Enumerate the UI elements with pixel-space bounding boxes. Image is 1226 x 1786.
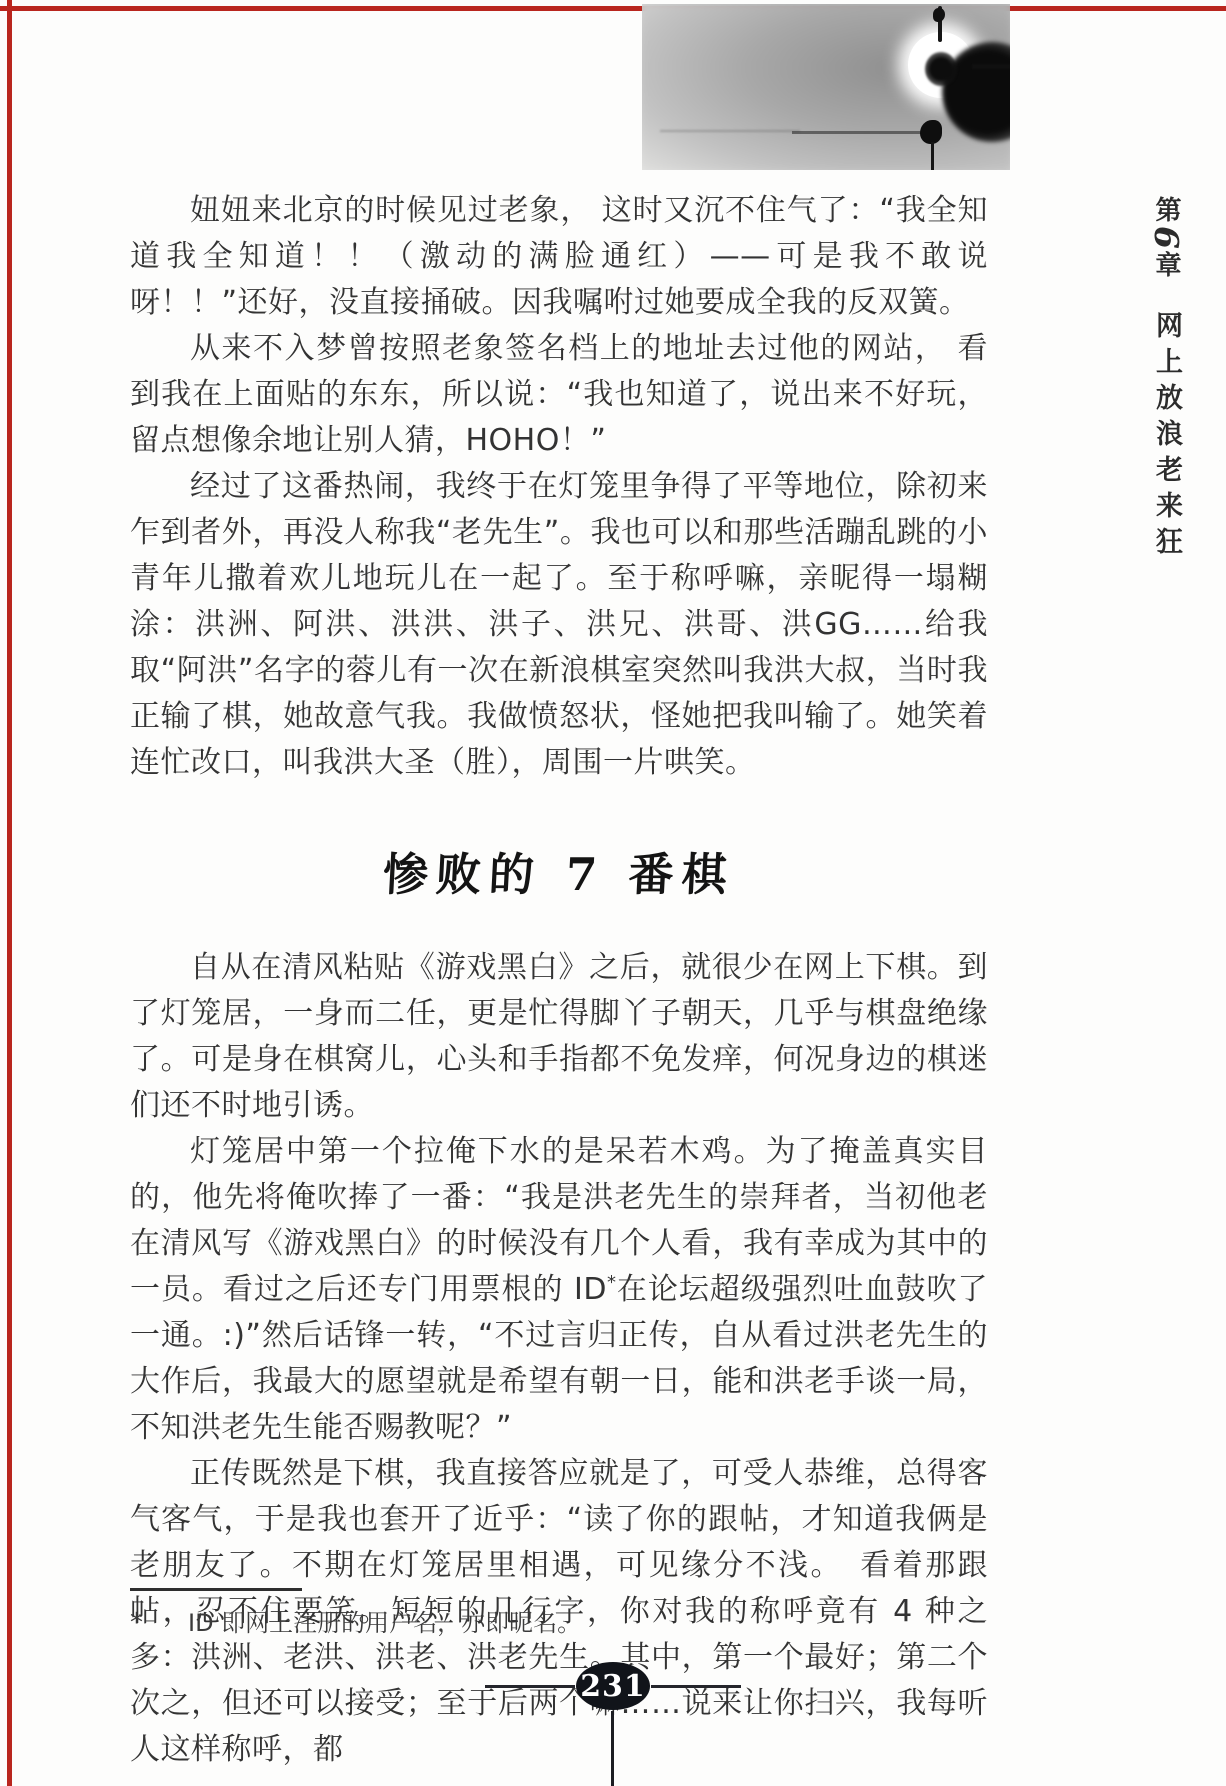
body-paragraph-3: 经过了这番热闹，我终于在灯笼里争得了平等地位，除初来乍到者外，再没人称我“老先生… xyxy=(130,464,988,786)
section-paragraph-2: 灯笼居中第一个拉俺下水的是呆若木鸡。为了掩盖真实目的，他先将俺吹捧了一番：“我是… xyxy=(130,1129,988,1451)
page-number-badge: 231 xyxy=(576,1662,650,1710)
footnote-marker: * xyxy=(130,1606,188,1640)
board-line xyxy=(792,131,928,134)
section-heading: 惨败的 7 番棋 xyxy=(128,838,989,903)
footnote-text: ID 即网上注册的用户名，亦即昵名。 xyxy=(188,1606,581,1640)
chapter-number: 6 xyxy=(1147,226,1186,251)
footnote-divider-rule xyxy=(130,1588,302,1591)
chapter-suffix: 章 xyxy=(1151,251,1181,281)
page-number-right-line xyxy=(651,1685,741,1688)
page-number-left-line xyxy=(485,1685,575,1688)
ink-wash-go-stones-decoration xyxy=(642,4,1010,170)
chapter-prefix: 第 xyxy=(1151,196,1181,226)
page-frame-top-line xyxy=(0,6,1226,11)
body-paragraph-1: 妞妞来北京的时候见过老象， 这时又沉不住气了：“我全知道我全知道！！（激动的满脸… xyxy=(130,188,988,326)
footnote-reference-asterisk: * xyxy=(607,1272,617,1293)
chapter-title: 网上放浪老来狂 xyxy=(1142,311,1190,563)
section-paragraph-1: 自从在清风粘贴《游戏黑白》之后，就很少在网上下棋。到了灯笼居，一身而二任，更是忙… xyxy=(130,945,988,1129)
book-page: 第6章网上放浪老来狂 妞妞来北京的时候见过老象， 这时又沉不住气了：“我全知道我… xyxy=(0,0,1226,1786)
page-number-tail-line xyxy=(611,1711,614,1786)
page-frame-left-line xyxy=(7,0,12,1786)
white-stone-ink-core xyxy=(925,52,957,86)
body-paragraph-2: 从来不入梦曾按照老象签名档上的地址去过他的网站， 看到我在上面贴的东东，所以说：… xyxy=(130,326,988,464)
page-number-area: 231 xyxy=(0,1662,1226,1710)
footnote: * ID 即网上注册的用户名，亦即昵名。 xyxy=(130,1606,890,1640)
ink-tail-line xyxy=(931,142,934,170)
body-text-column: 妞妞来北京的时候见过老象， 这时又沉不住气了：“我全知道我全知道！！（激动的满脸… xyxy=(130,188,988,1773)
board-line-right xyxy=(972,64,1010,69)
board-line-faint xyxy=(660,130,800,132)
chapter-marker: 第6章网上放浪老来狂 xyxy=(1142,196,1190,563)
ink-teardrop xyxy=(920,120,942,144)
